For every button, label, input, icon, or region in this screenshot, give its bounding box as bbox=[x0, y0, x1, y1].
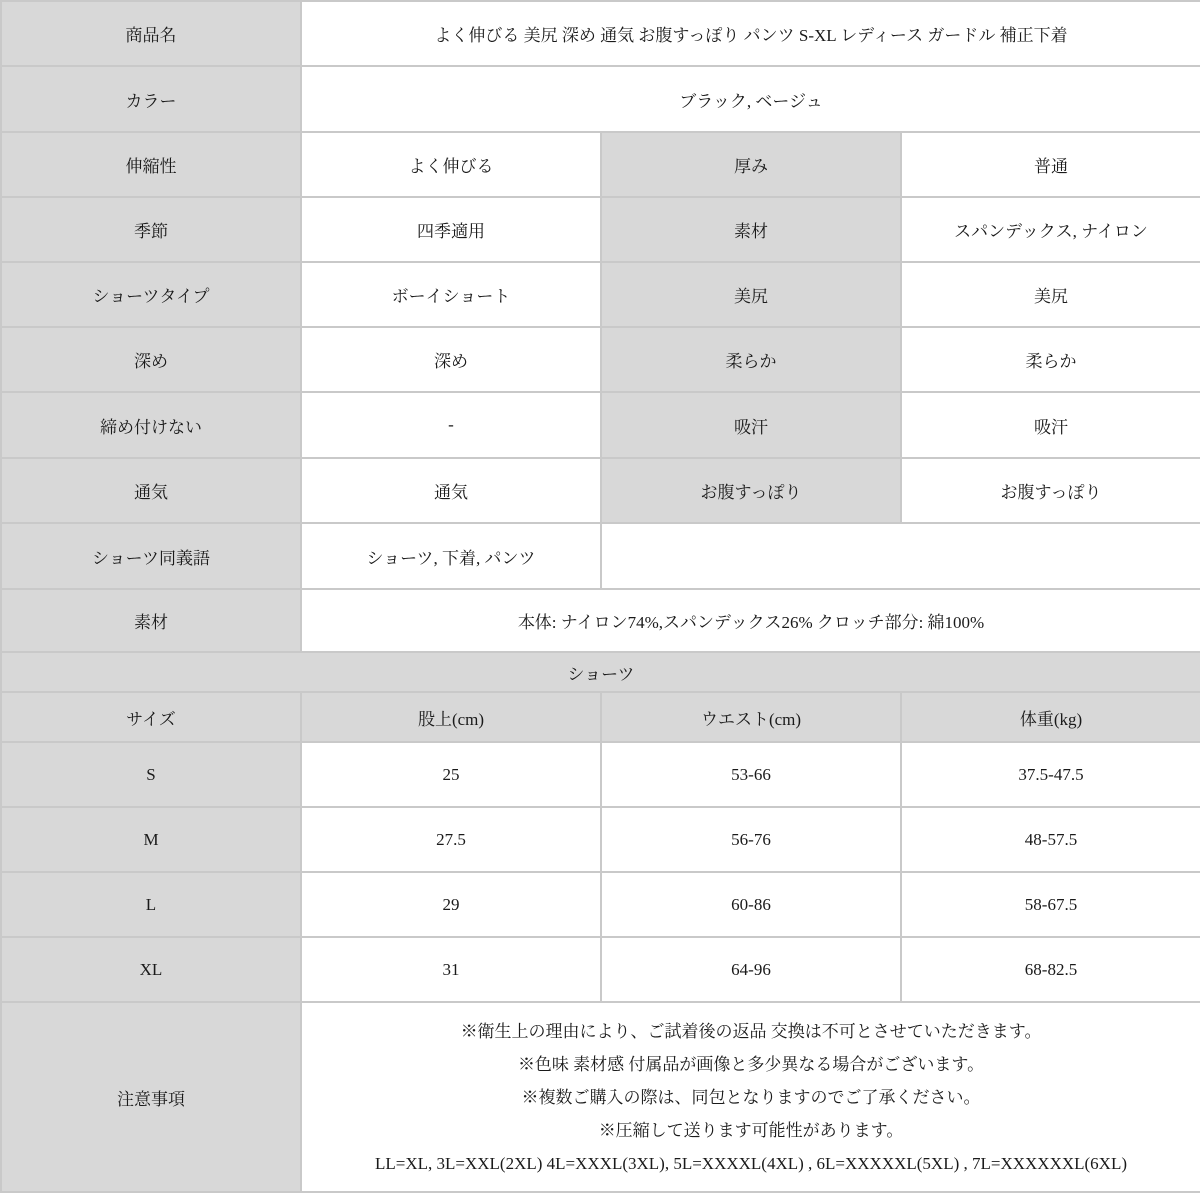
spec-value-cell: ショーツ, 下着, パンツ bbox=[301, 523, 601, 589]
table-row: 締め付けない-吸汗吸汗 bbox=[1, 392, 1200, 458]
spec-label-cell: ショーツタイプ bbox=[1, 262, 301, 327]
table-row: 商品名よく伸びる 美尻 深め 通気 お腹すっぽり パンツ S-XL レディース … bbox=[1, 1, 1200, 66]
table-row: 季節四季適用素材スパンデックス, ナイロン bbox=[1, 197, 1200, 262]
spec-value-cell: お腹すっぽり bbox=[901, 458, 1200, 523]
spec-value-cell: ブラック, ベージュ bbox=[301, 66, 1200, 132]
spec-value-cell: 48-57.5 bbox=[901, 807, 1200, 872]
spec-value-cell: ※衛生上の理由により、ご試着後の返品 交換は不可とさせていただきます。※色味 素… bbox=[301, 1002, 1200, 1192]
spec-label-cell: 吸汗 bbox=[601, 392, 901, 458]
spec-value-cell: スパンデックス, ナイロン bbox=[901, 197, 1200, 262]
table-row: XL3164-9668-82.5 bbox=[1, 937, 1200, 1002]
spec-label-cell: XL bbox=[1, 937, 301, 1002]
table-row: カラーブラック, ベージュ bbox=[1, 66, 1200, 132]
product-spec-table-body: 商品名よく伸びる 美尻 深め 通気 お腹すっぽり パンツ S-XL レディース … bbox=[1, 1, 1200, 1192]
spec-value-cell: - bbox=[301, 392, 601, 458]
table-row: ショーツタイプボーイショート美尻美尻 bbox=[1, 262, 1200, 327]
spec-label-cell: 締め付けない bbox=[1, 392, 301, 458]
spec-label-cell: M bbox=[1, 807, 301, 872]
table-row: L2960-8658-67.5 bbox=[1, 872, 1200, 937]
table-row: ショーツ bbox=[1, 652, 1200, 692]
note-line: ※衛生上の理由により、ご試着後の返品 交換は不可とさせていただきます。 bbox=[308, 1015, 1194, 1048]
spec-label-cell: S bbox=[1, 742, 301, 807]
spec-value-cell: 58-67.5 bbox=[901, 872, 1200, 937]
spec-value-cell: 68-82.5 bbox=[901, 937, 1200, 1002]
note-line: ※圧縮して送ります可能性があります。 bbox=[308, 1114, 1194, 1147]
spec-label-cell: L bbox=[1, 872, 301, 937]
spec-label-cell: ショーツ同義語 bbox=[1, 523, 301, 589]
spec-label-cell: 柔らか bbox=[601, 327, 901, 392]
table-row: サイズ股上(cm)ウエスト(cm)体重(kg) bbox=[1, 692, 1200, 742]
spec-label-cell: サイズ bbox=[1, 692, 301, 742]
spec-value-cell: よく伸びる 美尻 深め 通気 お腹すっぽり パンツ S-XL レディース ガード… bbox=[301, 1, 1200, 66]
spec-label-cell: 通気 bbox=[1, 458, 301, 523]
product-spec-table: 商品名よく伸びる 美尻 深め 通気 お腹すっぽり パンツ S-XL レディース … bbox=[0, 0, 1200, 1193]
table-row: 深め深め柔らか柔らか bbox=[1, 327, 1200, 392]
spec-value-cell: 56-76 bbox=[601, 807, 901, 872]
table-row: S2553-6637.5-47.5 bbox=[1, 742, 1200, 807]
spec-value-cell: 60-86 bbox=[601, 872, 901, 937]
spec-label-cell: 美尻 bbox=[601, 262, 901, 327]
table-row: ショーツ同義語ショーツ, 下着, パンツ bbox=[1, 523, 1200, 589]
note-line: ※複数ご購入の際は、同包となりますのでご了承ください。 bbox=[308, 1081, 1194, 1114]
spec-label-cell: 伸縮性 bbox=[1, 132, 301, 197]
section-header-cell: ショーツ bbox=[1, 652, 1200, 692]
spec-label-cell: ウエスト(cm) bbox=[601, 692, 901, 742]
table-row: 伸縮性よく伸びる厚み普通 bbox=[1, 132, 1200, 197]
spec-label-cell: 厚み bbox=[601, 132, 901, 197]
spec-value-cell: よく伸びる bbox=[301, 132, 601, 197]
spec-label-cell: 季節 bbox=[1, 197, 301, 262]
spec-value-cell: 27.5 bbox=[301, 807, 601, 872]
spec-value-cell: 通気 bbox=[301, 458, 601, 523]
spec-value-cell: 25 bbox=[301, 742, 601, 807]
spec-label-cell: 素材 bbox=[601, 197, 901, 262]
spec-label-cell: お腹すっぽり bbox=[601, 458, 901, 523]
spec-label-cell: カラー bbox=[1, 66, 301, 132]
spec-value-cell: 64-96 bbox=[601, 937, 901, 1002]
table-row: 通気通気お腹すっぽりお腹すっぽり bbox=[1, 458, 1200, 523]
spec-value-cell: 37.5-47.5 bbox=[901, 742, 1200, 807]
spec-value-cell bbox=[601, 523, 1200, 589]
spec-label-cell: 注意事項 bbox=[1, 1002, 301, 1192]
spec-value-cell: 53-66 bbox=[601, 742, 901, 807]
table-row: M27.556-7648-57.5 bbox=[1, 807, 1200, 872]
note-line: LL=XL, 3L=XXL(2XL) 4L=XXXL(3XL), 5L=XXXX… bbox=[308, 1147, 1194, 1180]
table-row: 素材本体: ナイロン74%,スパンデックス26% クロッチ部分: 綿100% bbox=[1, 589, 1200, 652]
spec-label-cell: 商品名 bbox=[1, 1, 301, 66]
spec-value-cell: 四季適用 bbox=[301, 197, 601, 262]
spec-value-cell: 深め bbox=[301, 327, 601, 392]
spec-value-cell: 普通 bbox=[901, 132, 1200, 197]
spec-value-cell: 吸汗 bbox=[901, 392, 1200, 458]
spec-value-cell: 29 bbox=[301, 872, 601, 937]
note-line: ※色味 素材感 付属品が画像と多少異なる場合がございます。 bbox=[308, 1048, 1194, 1081]
spec-label-cell: 体重(kg) bbox=[901, 692, 1200, 742]
spec-value-cell: 本体: ナイロン74%,スパンデックス26% クロッチ部分: 綿100% bbox=[301, 589, 1200, 652]
spec-value-cell: 柔らか bbox=[901, 327, 1200, 392]
spec-label-cell: 素材 bbox=[1, 589, 301, 652]
table-row: 注意事項※衛生上の理由により、ご試着後の返品 交換は不可とさせていただきます。※… bbox=[1, 1002, 1200, 1192]
spec-value-cell: 美尻 bbox=[901, 262, 1200, 327]
spec-label-cell: 股上(cm) bbox=[301, 692, 601, 742]
spec-value-cell: ボーイショート bbox=[301, 262, 601, 327]
spec-value-cell: 31 bbox=[301, 937, 601, 1002]
spec-label-cell: 深め bbox=[1, 327, 301, 392]
